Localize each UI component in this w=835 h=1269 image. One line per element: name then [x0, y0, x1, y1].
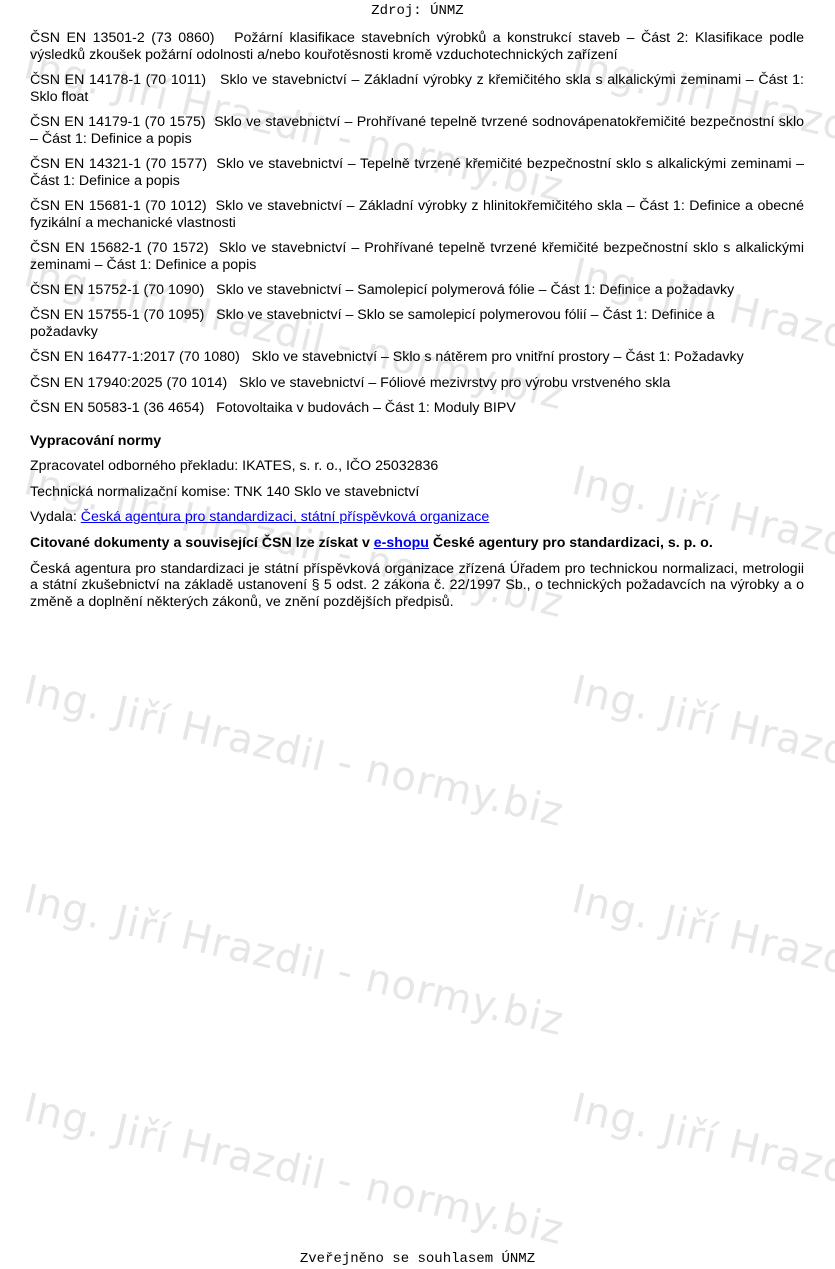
- section-heading: Vypracování normy: [30, 433, 804, 450]
- standard-title: Sklo ve stavebnictví – Sklo s nátěrem pr…: [252, 349, 744, 365]
- standard-entry: ČSN EN 13501-2 (73 0860) Požární klasifi…: [30, 30, 804, 63]
- standard-code: ČSN EN 15755-1 (70 1095): [30, 307, 204, 323]
- publisher-label: Vydala:: [30, 509, 81, 525]
- standard-entry: ČSN EN 15752-1 (70 1090) Sklo ve stavebn…: [30, 282, 804, 299]
- standard-title: Fotovoltaika v budovách – Část 1: Moduly…: [216, 400, 516, 416]
- watermark: Ing. Jiří Hrazdil - normy.biz: [568, 667, 835, 836]
- standard-entry: ČSN EN 15755-1 (70 1095) Sklo ve stavebn…: [30, 307, 740, 340]
- standard-code: ČSN EN 13501-2 (73 0860): [30, 30, 215, 46]
- standard-code: ČSN EN 14178-1 (70 1011): [30, 72, 206, 88]
- cited-documents-note: Citované dokumenty a související ČSN lze…: [30, 535, 804, 552]
- source-header: Zdroj: ÚNMZ: [0, 3, 835, 19]
- committee-info: Technická normalizační komise: TNK 140 S…: [30, 484, 804, 501]
- standard-code: ČSN EN 14321-1 (70 1577): [30, 156, 207, 172]
- standard-entry: ČSN EN 15682-1 (70 1572) Sklo ve stavebn…: [30, 240, 804, 273]
- standard-title: Sklo ve stavebnictví – Fóliové mezivrstv…: [239, 375, 670, 391]
- publisher-info: Vydala: Česká agentura pro standardizaci…: [30, 509, 804, 526]
- standard-code: ČSN EN 16477-1:2017 (70 1080): [30, 349, 240, 365]
- publisher-link[interactable]: Česká agentura pro standardizaci, státní…: [81, 509, 490, 525]
- cited-suffix: České agentury pro standardizaci, s. p. …: [429, 535, 713, 551]
- cited-prefix: Citované dokumenty a související ČSN lze…: [30, 535, 374, 551]
- watermark: Ing. Jiří Hrazdil - normy.biz: [568, 1085, 835, 1254]
- standard-entry: ČSN EN 14178-1 (70 1011) Sklo ve stavebn…: [30, 72, 804, 105]
- watermark: Ing. Jiří Hrazdil - normy.biz: [568, 876, 835, 1045]
- standard-code: ČSN EN 17940:2025 (70 1014): [30, 375, 227, 391]
- standard-entry: ČSN EN 14179-1 (70 1575) Sklo ve stavebn…: [30, 114, 804, 147]
- standard-code: ČSN EN 14179-1 (70 1575): [30, 114, 206, 130]
- standard-code: ČSN EN 15681-1 (70 1012): [30, 198, 207, 214]
- standard-entry: ČSN EN 16477-1:2017 (70 1080) Sklo ve st…: [30, 349, 804, 366]
- standard-code: ČSN EN 15682-1 (70 1572): [30, 240, 209, 256]
- eshop-link[interactable]: e-shopu: [374, 535, 429, 551]
- standard-code: ČSN EN 50583-1 (36 4654): [30, 400, 204, 416]
- standards-list: ČSN EN 13501-2 (73 0860) Požární klasifi…: [30, 30, 804, 417]
- standard-title: Sklo ve stavebnictví – Samolepicí polyme…: [216, 282, 734, 298]
- agency-note: Česká agentura pro standardizaci je stát…: [30, 561, 804, 611]
- document-body: ČSN EN 13501-2 (73 0860) Požární klasifi…: [30, 30, 804, 619]
- publication-notice: Zveřejněno se souhlasem ÚNMZ: [0, 1251, 835, 1267]
- translator-info: Zpracovatel odborného překladu: IKATES, …: [30, 458, 804, 475]
- watermark: Ing. Jiří Hrazdil - normy.biz: [20, 667, 569, 836]
- standard-entry: ČSN EN 15681-1 (70 1012) Sklo ve stavebn…: [30, 198, 804, 231]
- standard-entry: ČSN EN 50583-1 (36 4654) Fotovoltaika v …: [30, 400, 804, 417]
- watermark: Ing. Jiří Hrazdil - normy.biz: [20, 876, 569, 1045]
- standard-code: ČSN EN 15752-1 (70 1090): [30, 282, 204, 298]
- standard-entry: ČSN EN 14321-1 (70 1577) Sklo ve stavebn…: [30, 156, 804, 189]
- standard-entry: ČSN EN 17940:2025 (70 1014) Sklo ve stav…: [30, 375, 804, 392]
- watermark: Ing. Jiří Hrazdil - normy.biz: [20, 1085, 569, 1254]
